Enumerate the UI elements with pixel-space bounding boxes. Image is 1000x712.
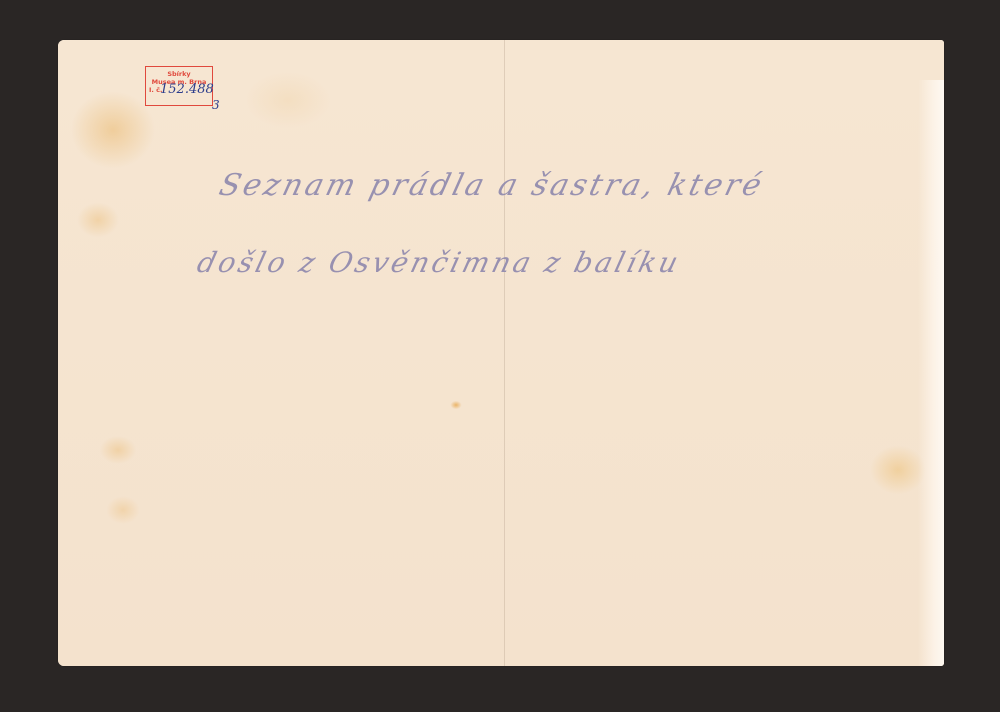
museum-stamp: Sbírky Musea m. Brna I. č. 152.488 [145,66,213,106]
handwritten-line-2: došlo z Osvěnčimna z balíku [194,246,684,279]
stamp-line-3: I. č. 152.488 [146,86,212,94]
paper-sheet: Sbírky Musea m. Brna I. č. 152.488 3 Sez… [58,40,944,666]
inventory-suffix: 3 [212,98,220,112]
fold-line [504,40,505,666]
handwritten-line-1: Seznam prádla a šastra, které [216,168,768,203]
paper-stains [58,40,944,666]
paper-right-edge [918,80,944,666]
stamp-line-1: Sbírky [146,70,212,78]
inventory-number: 152.488 [160,82,214,98]
